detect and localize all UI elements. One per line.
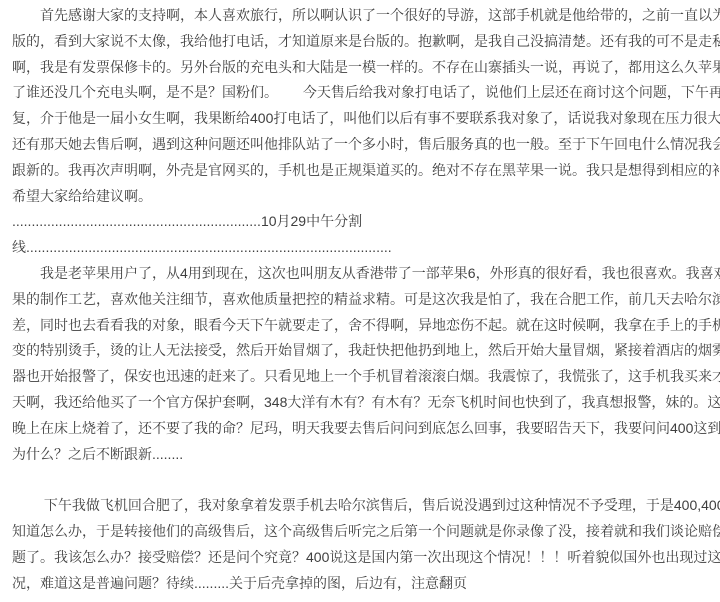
text-line: 啊，我是有发票保修卡的。另外台版的充电头和大陆是一模一样的。不存在山寨插头一说，… xyxy=(12,55,714,81)
text-line: 为什么？之后不断跟新........ xyxy=(12,442,714,468)
text-line: 况，难道这是普遍问题？待续.........关于后壳拿掉的图，后边有，注意翻页 xyxy=(12,571,714,597)
text-line: 跟新的。我再次声明啊，外壳是官网买的，手机也是正规渠道买的。绝对不存在黑苹果一说… xyxy=(12,158,714,184)
text-line: 器也开始报警了，保安也迅速的赶来了。只看见地上一个手机冒着滚滚白烟。我震惊了，我… xyxy=(12,364,714,390)
text-line: 还有那天她去售后啊，遇到这种问题还叫他排队站了一个多小时，售后服务真的也一般。至… xyxy=(12,132,714,158)
divider-line-date: ........................................… xyxy=(12,209,714,235)
text-line: 首先感谢大家的支持啊，本人喜欢旅行，所以啊认识了一个很好的导游，这部手机就是他给… xyxy=(12,3,714,29)
document-body: 首先感谢大家的支持啊，本人喜欢旅行，所以啊认识了一个很好的导游，这部手机就是他给… xyxy=(0,0,720,596)
text-line: 知道怎么办，于是转接他们的高级售后，这个高级售后听完之后第一个问题就是你录像了没… xyxy=(12,519,714,545)
text-line: 版的，看到大家说不太像，我给他打电话，才知道原来是台版的。抱歉啊，是我自己没搞清… xyxy=(12,29,714,55)
text-line: 差，同时也去看看我的对象，眼看今天下午就要走了，舍不得啊，异地恋伤不起。就在这时… xyxy=(12,313,714,339)
blank-line xyxy=(12,467,714,493)
text-line: 我是老苹果用户了，从4用到现在，这次也叫朋友从香港带了一部苹果6，外形真的很好看… xyxy=(12,261,714,287)
text-line: 变的特别烫手，烫的让人无法接受，然后开始冒烟了，我赶快把他扔到地上，然后开始大量… xyxy=(12,338,714,364)
divider-line-dots: 线.......................................… xyxy=(12,235,714,261)
text-line: 下午我做飞机回合肥了，我对象拿着发票手机去哈尔滨售后，售后说没遇到过这种情况不予… xyxy=(12,493,714,519)
text-line: 希望大家给给建议啊。 xyxy=(12,184,714,210)
text-line: 晚上在床上烧着了，还不要了我的命？尼玛，明天我要去售后问问到底怎么回事，我要昭告… xyxy=(12,416,714,442)
text-line: 题了。我该怎么办？接受赔偿？还是问个究竟？400说这是国内第一次出现这个情况！！… xyxy=(12,545,714,571)
text-line: 果的制作工艺，喜欢他关注细节，喜欢他质量把控的精益求精。可是这次我是怕了，我在合… xyxy=(12,287,714,313)
text-line: 复，介于他是一届小女生啊，我果断给400打电话了，叫他们以后有事不要联系我对象了… xyxy=(12,106,714,132)
text-line: 了谁还没几个充电头啊，是不是？国粉们。 今天售后给我对象打电话了，说他们上层还在… xyxy=(12,80,714,106)
text-line: 天啊，我还给他买了一个官方保护套啊，348大洋有木有？有木有？无奈飞机时间也快到… xyxy=(12,390,714,416)
